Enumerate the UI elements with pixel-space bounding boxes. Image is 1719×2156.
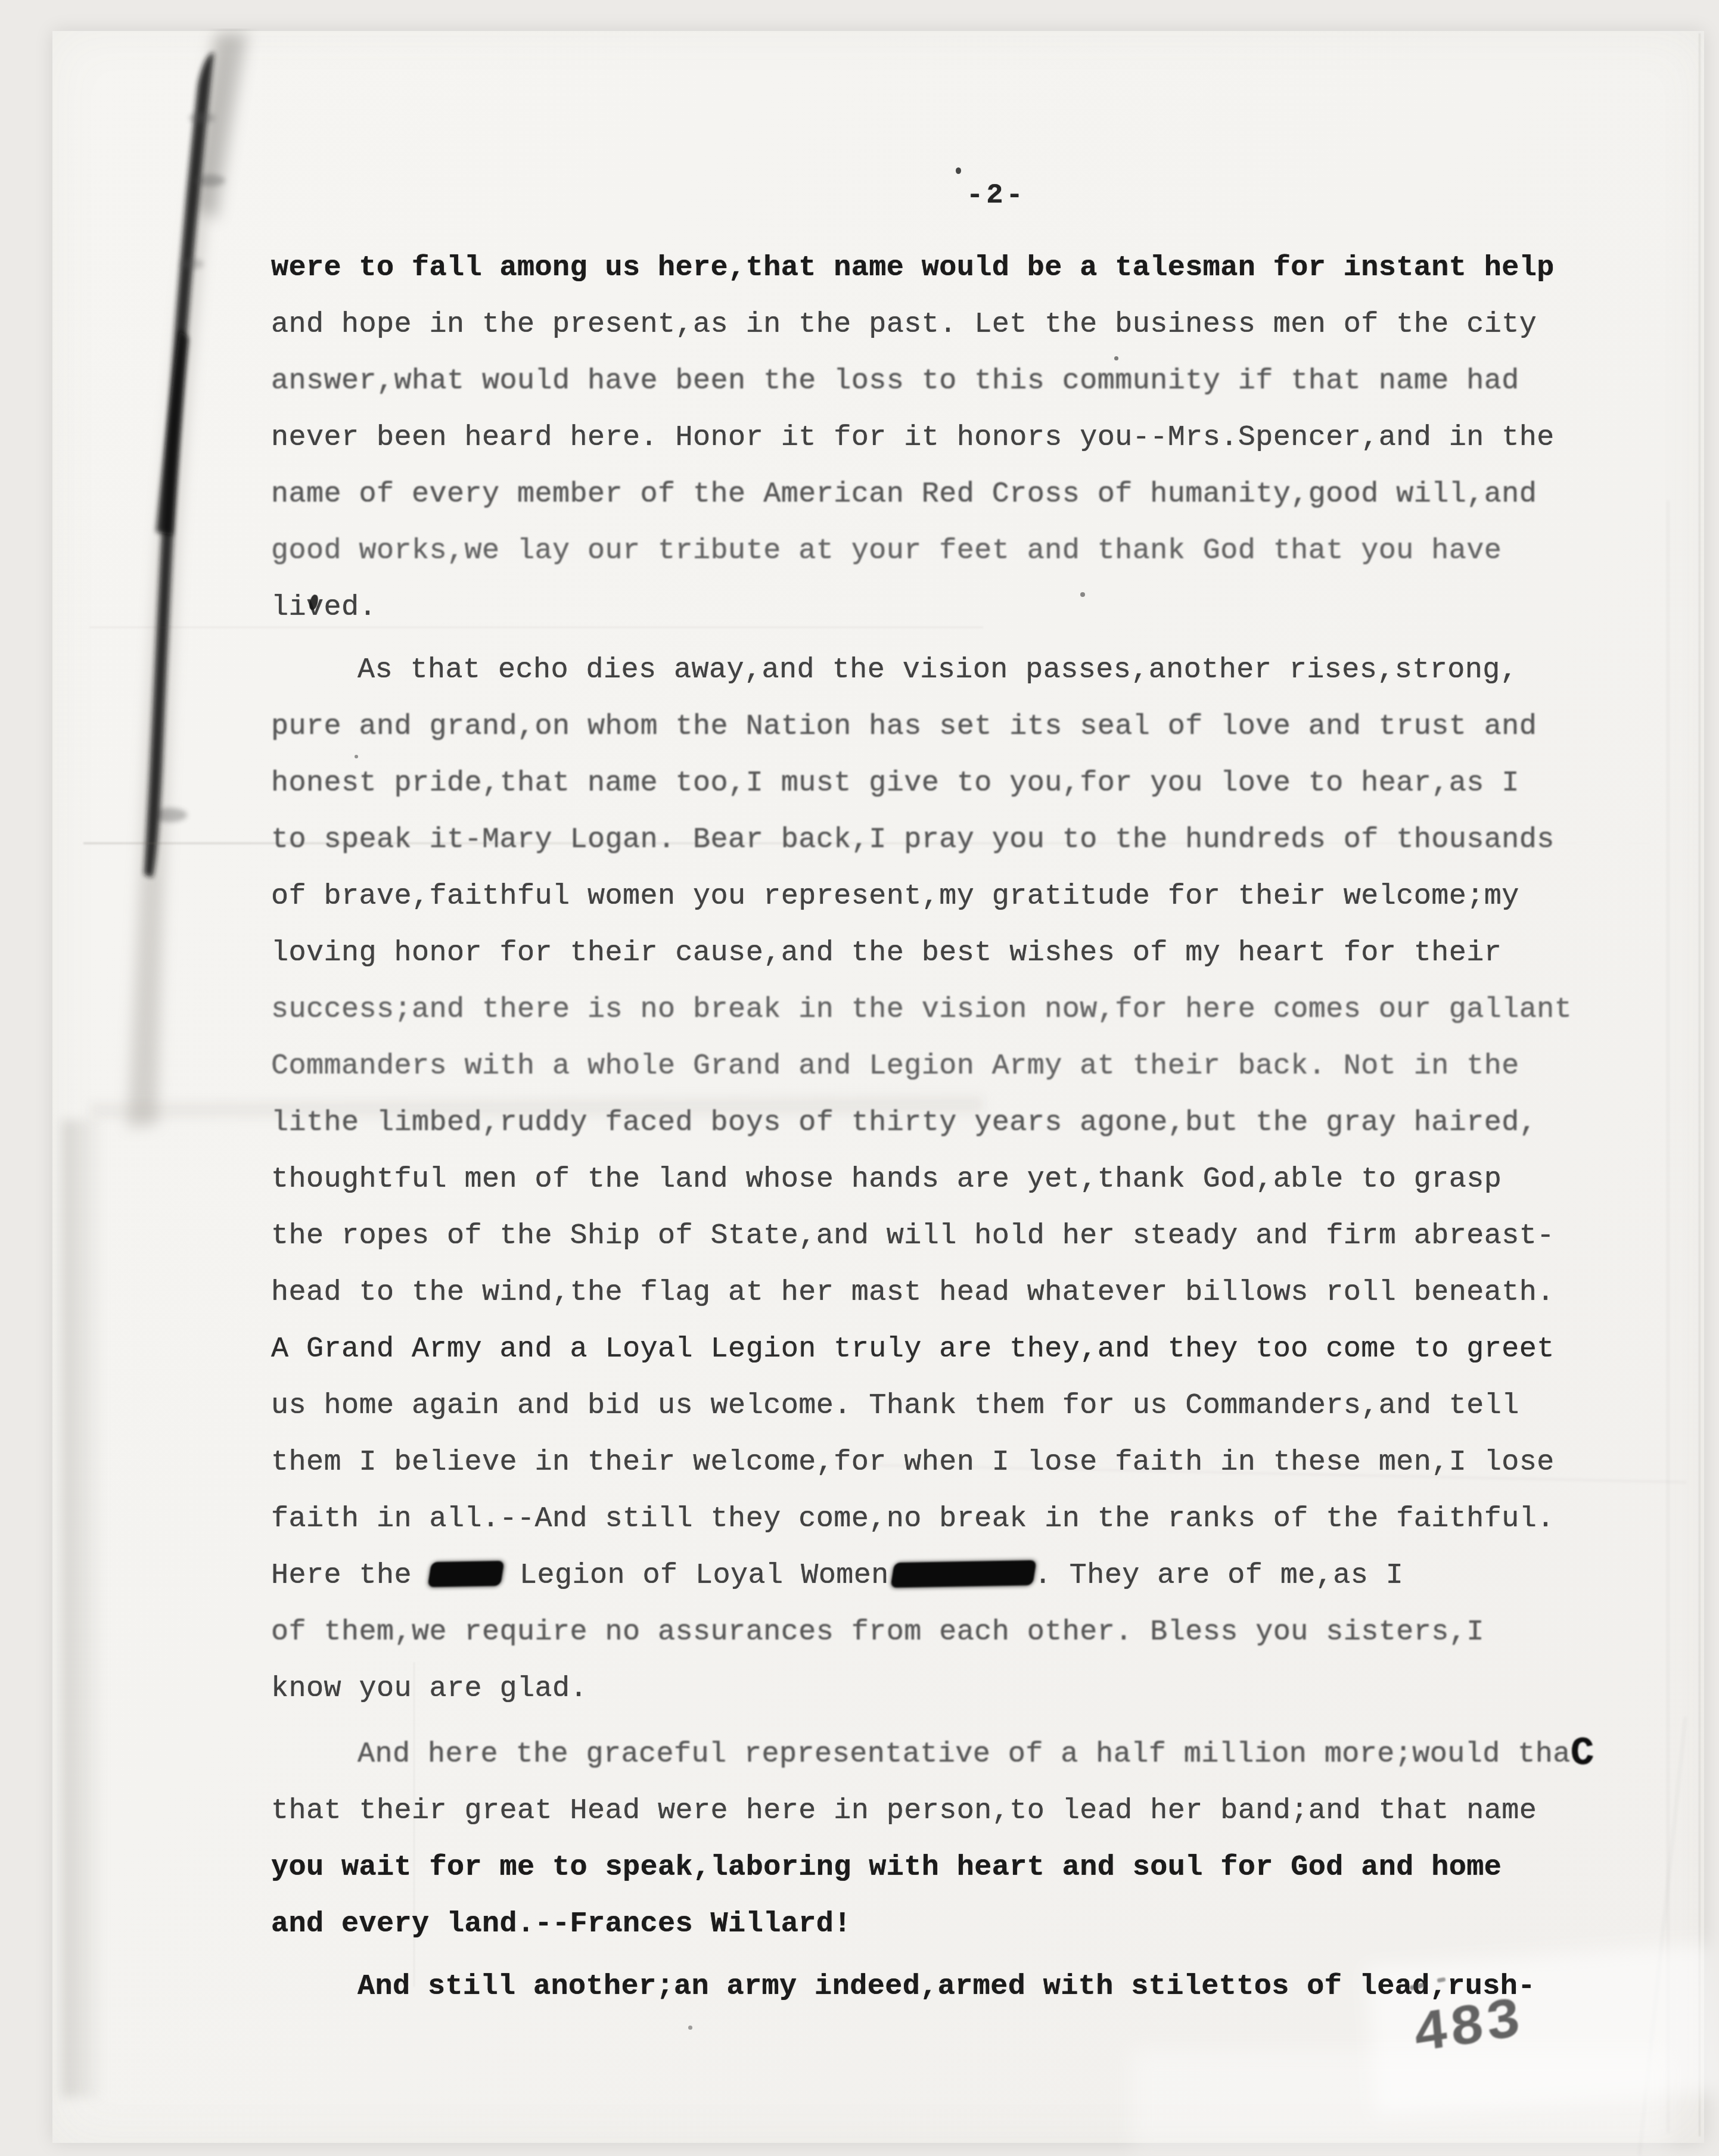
typed-line: success;and there is no break in the vis… (271, 981, 1606, 1038)
typed-line: A Grand Army and a Loyal Legion truly ar… (271, 1321, 1606, 1377)
typed-line: honest pride,that name too,I must give t… (271, 755, 1606, 811)
typed-line: lithe limbed,ruddy faced boys of thirty … (271, 1094, 1606, 1151)
typed-line: head to the wind,the flag at her mast he… (271, 1264, 1606, 1321)
scanner-background: -2- were to fall among us here,that name… (0, 0, 1719, 2156)
typed-line-with-correction: And here the graceful representative of … (271, 1723, 1606, 1782)
redaction-mark (890, 1560, 1036, 1588)
ink-speck (956, 167, 961, 174)
typed-line: and hope in the present,as in the past. … (271, 296, 1606, 353)
typed-line: answer,what would have been the loss to … (271, 353, 1606, 409)
ink-speck (688, 2026, 692, 2030)
ink-speck (1114, 356, 1118, 360)
typed-line: name of every member of the American Red… (271, 466, 1606, 522)
typed-line: never been heard here. Honor it for it h… (271, 409, 1606, 466)
typed-line: As that echo dies away,and the vision pa… (271, 642, 1606, 698)
line-text: Legion of Loyal Women (502, 1559, 889, 1592)
ink-speck (1080, 592, 1085, 597)
overstrike-correction: C (1571, 1725, 1594, 1782)
line-text: And here the graceful representative of … (358, 1738, 1571, 1771)
typed-line: loving honor for their cause,and the bes… (271, 925, 1606, 981)
line-text: Here the (271, 1559, 430, 1592)
typed-line: Commanders with a whole Grand and Legion… (271, 1038, 1606, 1094)
typed-line: know you are glad. (271, 1660, 1606, 1717)
typed-line: were to fall among us here,that name wou… (271, 239, 1606, 296)
redaction-mark (427, 1561, 504, 1587)
typed-line: us home again and bid us welcome. Thank … (271, 1377, 1606, 1434)
typed-line: thoughtful men of the land whose hands a… (271, 1151, 1606, 1208)
typed-line: And still another;an army indeed,armed w… (271, 1958, 1606, 2015)
typed-line: you wait for me to speak,laboring with h… (271, 1839, 1606, 1896)
typed-line: of brave,faithful women you represent,my… (271, 868, 1606, 925)
paper-right-edge (1699, 33, 1701, 2136)
typed-line: the ropes of the Ship of State,and will … (271, 1208, 1606, 1264)
typed-line: good works,we lay our tribute at your fe… (271, 522, 1606, 579)
ink-speck (355, 755, 358, 758)
typed-line: pure and grand,on whom the Nation has se… (271, 698, 1606, 755)
typed-line: and every land.--Frances Willard! (271, 1896, 1606, 1952)
typed-text-block: were to fall among us here,that name wou… (271, 239, 1606, 2015)
typed-line: of them,we require no assurances from ea… (271, 1604, 1606, 1660)
typed-line: them I believe in their welcome,for when… (271, 1434, 1606, 1491)
typed-line: faith in all.--And still they come,no br… (271, 1491, 1606, 1547)
page-number: -2- (966, 180, 1026, 211)
left-edge-shadow (62, 1120, 105, 2097)
scanned-document: { "page": { "page_number": "-2-", "stamp… (0, 0, 1719, 2156)
typed-line-redacted: Here the Legion of Loyal Women. They are… (271, 1547, 1606, 1604)
typed-line: lived. (271, 579, 1606, 636)
typed-line: that their great Head were here in perso… (271, 1782, 1606, 1839)
typed-line: to speak it-Mary Logan. Bear back,I pray… (271, 811, 1606, 868)
line-text: . They are of me,as I (1034, 1559, 1404, 1592)
